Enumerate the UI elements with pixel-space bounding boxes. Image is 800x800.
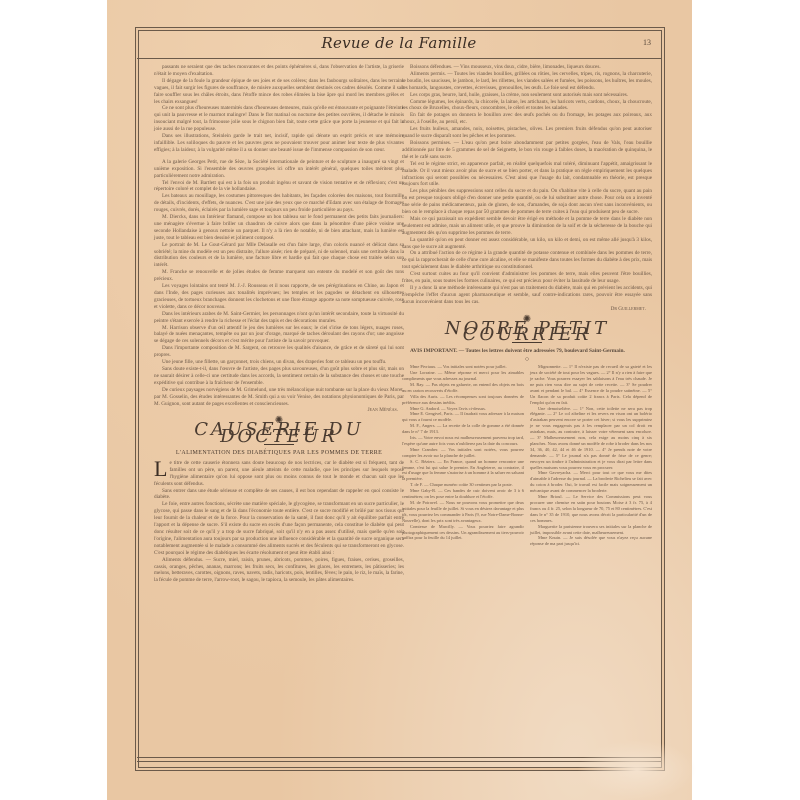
causerie-paragraph: Le foie, entre autres fonctions, sécrète… <box>154 501 404 556</box>
page-header: Revue de la Famille 13 <box>137 30 661 59</box>
reply-item: Une Lorraine. — Même réponse et merci po… <box>402 370 524 382</box>
reply-item: M. de Poiravel. — Nous ne pouvons vous p… <box>402 500 524 524</box>
diet-paragraph: Boissons permises. — L'eau qu'on peut bo… <box>402 140 652 161</box>
section-subtitle: L'ALIMENTATION DES DIABÉTIQUES PAR LES P… <box>154 450 404 457</box>
drop-cap: L <box>154 460 167 478</box>
left-column: passants ne seraient que des taches mouv… <box>154 64 404 584</box>
diet-paragraph: Comme légumes, les épinards, la chicorée… <box>402 99 652 113</box>
causerie-paragraph: Sans entrer dans une étude sérieuse et c… <box>154 488 404 502</box>
paper-stain <box>577 740 697 800</box>
diet-paragraph: Aliments permis. — Toutes les viandes bo… <box>402 71 652 92</box>
diet-paragraph: Les corps gras, beurre, lard, huile, gra… <box>402 92 652 99</box>
diet-paragraph: Les fruits huileux, amandes, noix, noise… <box>402 126 652 140</box>
article-paragraph: De curieux paysages norvégiens de M. Gri… <box>154 387 404 408</box>
art-review-article: passants ne seraient que des taches mouv… <box>154 64 404 414</box>
courrier-columns: Mme Pivriaux. — Vos initiales sont notée… <box>402 364 652 547</box>
courrier-column-b: Mignonnette. — 1° Il n'existe pas de rec… <box>530 364 652 547</box>
doctor-signature: Dr Guillermet. <box>402 306 652 313</box>
article-paragraph: M. Diercks, dans un Intérieur flamand, c… <box>154 214 404 242</box>
important-notice: AVIS IMPORTANT. — Toutes les lettres doi… <box>402 348 652 355</box>
reply-item: Une demoiselière. — 1° Non, cette toilet… <box>530 406 652 471</box>
causerie-text: e titre de cette causerie étonnera sans … <box>154 460 404 487</box>
diet-paragraph: Les plus pénibles des suppressions sont … <box>402 188 652 216</box>
diet-paragraph: On a attribué l'action de ce régime à la… <box>402 250 652 271</box>
courrier-column-a: Mme Pivriaux. — Vos initiales sont notée… <box>402 364 524 547</box>
reply-item: M. Ray. — Pas objets en galuerie, on ent… <box>402 382 524 394</box>
reply-item: Mme Knuin. — Je suis désolée que vous n'… <box>530 535 652 547</box>
article-paragraph: A la galerie Georges Petit, rue de Sèze,… <box>154 159 404 180</box>
article-paragraph: Dans les intérieurs arabes de M. Saint-G… <box>154 311 404 325</box>
article-paragraph: passants ne seraient que des taches mouv… <box>154 64 404 78</box>
masthead-title: Revue de la Famille <box>137 34 661 52</box>
right-column: Boissons défendues. — Vins mousseux, vin… <box>402 64 652 547</box>
reply-item: Mme E. Gengivel, Paris. — Il faudrait vo… <box>402 411 524 423</box>
section-title-causerie: CAUSERIE DU DOCTEUR <box>154 427 404 441</box>
diet-paragraph: Mais ce qui paraissait un expédient semb… <box>402 216 652 237</box>
article-paragraph: Les bateaux au mouillage, les costumes p… <box>154 193 404 214</box>
reply-item: Mme Gaby-R. — Ces bandes de cuir doivent… <box>402 488 524 500</box>
reply-item: Comtesse de Marcilly. — Vous pourriez fa… <box>402 524 524 542</box>
causerie-paragraph: Le titre de cette causerie étonnera sans… <box>154 460 404 488</box>
small-circle-ornament-icon: ○ <box>402 356 652 363</box>
diet-paragraph: La quantité qu'on en peut donner est ass… <box>402 237 652 251</box>
article-signature: Jean Ménéas. <box>154 407 404 414</box>
reply-item: Villa des Auris. — Les récompenses sont … <box>402 394 524 406</box>
article-paragraph: M. Harrison observe d'un œil attentif le… <box>154 325 404 346</box>
article-paragraph: Il dégage de la foule la grandeur épique… <box>154 78 404 106</box>
article-paragraph: M. Francke se renouvelle et de jolies ét… <box>154 269 404 283</box>
reply-item: Iris. — Votre envoi nous est malheureuse… <box>402 435 524 447</box>
article-paragraph: Ce ne sont plus d'heureuses maternités d… <box>154 105 404 133</box>
reply-item: Mme Gavreyacha. — Merci pour tout ce que… <box>530 470 652 494</box>
article-paragraph: Dans l'importante composition de M. Sarg… <box>154 345 404 359</box>
article-paragraph: Sans doute existe-t-il, dans l'œuvre de … <box>154 366 404 387</box>
causerie-continued: Boissons défendues. — Vins mousseux, vin… <box>402 64 652 313</box>
causerie-section: ✺ CAUSERIE DU DOCTEUR L'ALIMENTATION DES… <box>154 418 404 584</box>
page-number: 13 <box>643 38 651 47</box>
courrier-section: ✺ NOTRE PETIT COURRIER AVIS IMPORTANT. —… <box>402 317 652 548</box>
article-paragraph: Tel l'envoi de M. Bartlett qui est à la … <box>154 180 404 194</box>
diet-paragraph: Il y a donc là une méthode intéressante … <box>402 285 652 306</box>
reply-item: Mme Cramber. — Vos initiales sont notées… <box>402 447 524 459</box>
causerie-paragraph: Aliments défendus. — Sucre, miel, raisin… <box>154 557 404 585</box>
article-paragraph: Une jeune fille, une fillette, un garçon… <box>154 359 404 366</box>
diet-paragraph: C'est surtout cuites au four qu'il convi… <box>402 271 652 285</box>
article-paragraph: Dans ses illustrations, Steinlein garde … <box>154 133 404 154</box>
reply-item: Marguerite la parisienne trouvera ses in… <box>530 524 652 536</box>
magazine-page: Revue de la Famille 13 passants ne serai… <box>107 0 692 800</box>
article-paragraph: Les voyages lointains ont tenté M. J.-J.… <box>154 283 404 311</box>
diet-paragraph: Tel est le régime strict, en apparence p… <box>402 161 652 189</box>
reply-item: Mme Brioul. — Le Service des Commissions… <box>530 494 652 524</box>
diet-paragraph: En fait de potages on donnera le bouillo… <box>402 112 652 126</box>
reply-item: S. C. Béziers. — En France, quand un hom… <box>402 459 524 483</box>
reply-item: Mignonnette. — 1° Il n'existe pas de rec… <box>530 364 652 405</box>
section-title-courrier: NOTRE PETIT COURRIER <box>402 326 652 340</box>
reply-item: M. F., Angers. — La recette de la colle … <box>402 423 524 435</box>
article-paragraph: Le portrait de M. Le Gout-Gérard par Mll… <box>154 242 404 270</box>
diet-paragraph: Boissons défendues. — Vins mousseux, vin… <box>402 64 652 71</box>
